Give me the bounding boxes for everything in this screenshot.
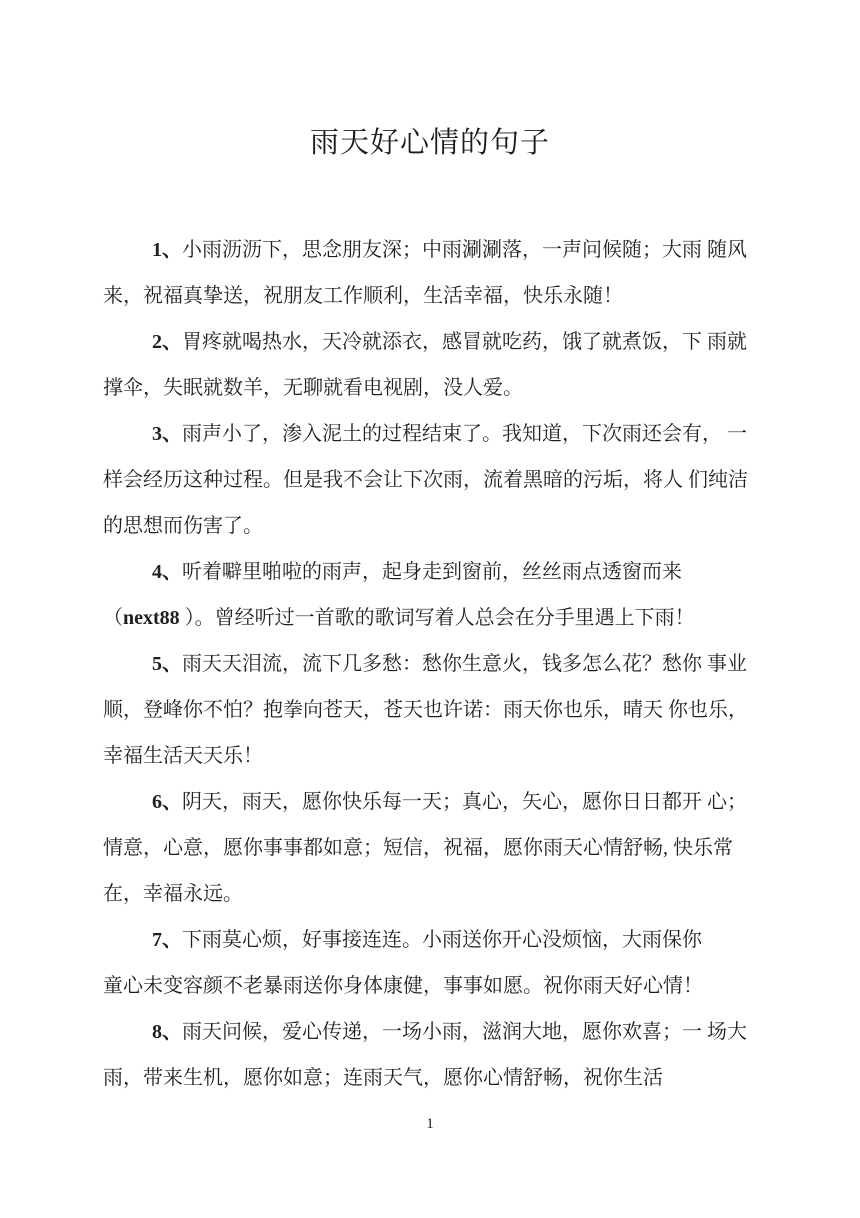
text-line: 3、雨声小了，渗入泥土的过程结束了。我知道，下次雨还会有， 一 xyxy=(103,411,763,457)
paragraph-2: 2、胃疼就喝热水，天冷就添衣，感冒就吃药，饿了就煮饭，下 雨就 撑伞，失眠就数羊… xyxy=(103,319,763,411)
document-body: 1、小雨沥沥下，思念朋友深；中雨涮涮落，一声问候随；大雨 随风 来，祝福真挚送，… xyxy=(103,227,763,1101)
text-line: 1、小雨沥沥下，思念朋友深；中雨涮涮落，一声问候随；大雨 随风 xyxy=(103,227,763,273)
text-line: （next88 ）。曾经听过一首歌的歌词写着人总会在分手里遇上下雨！ xyxy=(103,595,763,641)
page-title: 雨天好心情的句子 xyxy=(0,123,860,163)
text-line: 样会经历这种过程。但是我不会让下次雨，流着黑暗的污垢，将人 们纯洁 xyxy=(103,457,763,503)
paragraph-8: 8、雨天问候，爱心传递，一场小雨，滋润大地，愿你欢喜；一 场大 雨，带来生机，愿… xyxy=(103,1009,763,1101)
text-line: 雨，带来生机，愿你如意；连雨天气，愿你心情舒畅，祝你生活 xyxy=(103,1055,763,1101)
text-line: 8、雨天问候，爱心传递，一场小雨，滋润大地，愿你欢喜；一 场大 xyxy=(103,1009,763,1055)
text-line: 的思想而伤害了。 xyxy=(103,503,763,549)
text-line: 2、胃疼就喝热水，天冷就添衣，感冒就吃药，饿了就煮饭，下 雨就 xyxy=(103,319,763,365)
next88-label: next88 xyxy=(123,607,180,629)
document-page: 雨天好心情的句子 1、小雨沥沥下，思念朋友深；中雨涮涮落，一声问候随；大雨 随风… xyxy=(0,0,860,1218)
list-number: 5、 xyxy=(152,653,182,675)
text-line: 顺，登峰你不怕？抱拳向苍天，苍天也许诺：雨天你也乐，晴天 你也乐， xyxy=(103,687,763,733)
text-line: 7、下雨莫心烦，好事接连连。小雨送你开心没烦恼，大雨保你 xyxy=(103,917,763,963)
paragraph-5: 5、雨天天泪流，流下几多愁：愁你生意火，钱多怎么花？愁你 事业 顺，登峰你不怕？… xyxy=(103,641,763,779)
text-line: 来，祝福真挚送，祝朋友工作顺利，生活幸福，快乐永随！ xyxy=(103,273,763,319)
text-segment: ）。曾经听过一首歌的歌词写着人总会在分手里遇上下雨！ xyxy=(180,607,695,629)
list-number: 8、 xyxy=(152,1021,182,1043)
list-number: 4、 xyxy=(152,561,182,583)
paragraph-3: 3、雨声小了，渗入泥土的过程结束了。我知道，下次雨还会有， 一 样会经历这种过程… xyxy=(103,411,763,549)
list-number: 1、 xyxy=(152,239,182,261)
text-segment: 雨天天泪流，流下几多愁：愁你生意火，钱多怎么花？愁你 事业 xyxy=(182,653,747,675)
text-line: 6、阴天，雨天，愿你快乐每一天；真心，矢心，愿你日日都开 心； xyxy=(103,779,763,825)
list-number: 2、 xyxy=(152,331,182,353)
paragraph-6: 6、阴天，雨天，愿你快乐每一天；真心，矢心，愿你日日都开 心； 情意，心意，愿你… xyxy=(103,779,763,917)
text-line: 幸福生活天天乐！ xyxy=(103,733,763,779)
paragraph-4: 4、听着噼里啪啦的雨声，起身走到窗前，丝丝雨点透窗而来 （next88 ）。曾经… xyxy=(103,549,763,641)
list-number: 6、 xyxy=(152,791,182,813)
text-line: 童心未变容颜不老暴雨送你身体康健，事事如愿。祝你雨天好心情！ xyxy=(103,963,763,1009)
text-line: 5、雨天天泪流，流下几多愁：愁你生意火，钱多怎么花？愁你 事业 xyxy=(103,641,763,687)
text-line: 撑伞，失眠就数羊，无聊就看电视剧，没人爱。 xyxy=(103,365,763,411)
page-number: 1 xyxy=(0,1113,860,1135)
paragraph-1: 1、小雨沥沥下，思念朋友深；中雨涮涮落，一声问候随；大雨 随风 来，祝福真挚送，… xyxy=(103,227,763,319)
text-segment: 胃疼就喝热水，天冷就添衣，感冒就吃药，饿了就煮饭，下 雨就 xyxy=(182,331,747,353)
paren-open: （ xyxy=(103,607,123,629)
text-line: 情意，心意，愿你事事都如意；短信，祝福，愿你雨天心情舒畅, 快乐常 xyxy=(103,825,763,871)
list-number: 7、 xyxy=(152,929,182,951)
list-number: 3、 xyxy=(152,423,182,445)
text-segment: 雨天问候，爱心传递，一场小雨，滋润大地，愿你欢喜；一 场大 xyxy=(182,1021,747,1043)
text-segment: 雨声小了，渗入泥土的过程结束了。我知道，下次雨还会有， 一 xyxy=(182,423,747,445)
text-line: 在，幸福永远。 xyxy=(103,871,763,917)
text-segment: 阴天，雨天，愿你快乐每一天；真心，矢心，愿你日日都开 心； xyxy=(182,791,747,813)
text-segment: 小雨沥沥下，思念朋友深；中雨涮涮落，一声问候随；大雨 随风 xyxy=(182,239,747,261)
text-line: 4、听着噼里啪啦的雨声，起身走到窗前，丝丝雨点透窗而来 xyxy=(103,549,763,595)
text-segment: 听着噼里啪啦的雨声，起身走到窗前，丝丝雨点透窗而来 xyxy=(182,561,682,583)
text-segment: 下雨莫心烦，好事接连连。小雨送你开心没烦恼，大雨保你 xyxy=(182,929,702,951)
paragraph-7: 7、下雨莫心烦，好事接连连。小雨送你开心没烦恼，大雨保你 童心未变容颜不老暴雨送… xyxy=(103,917,763,1009)
